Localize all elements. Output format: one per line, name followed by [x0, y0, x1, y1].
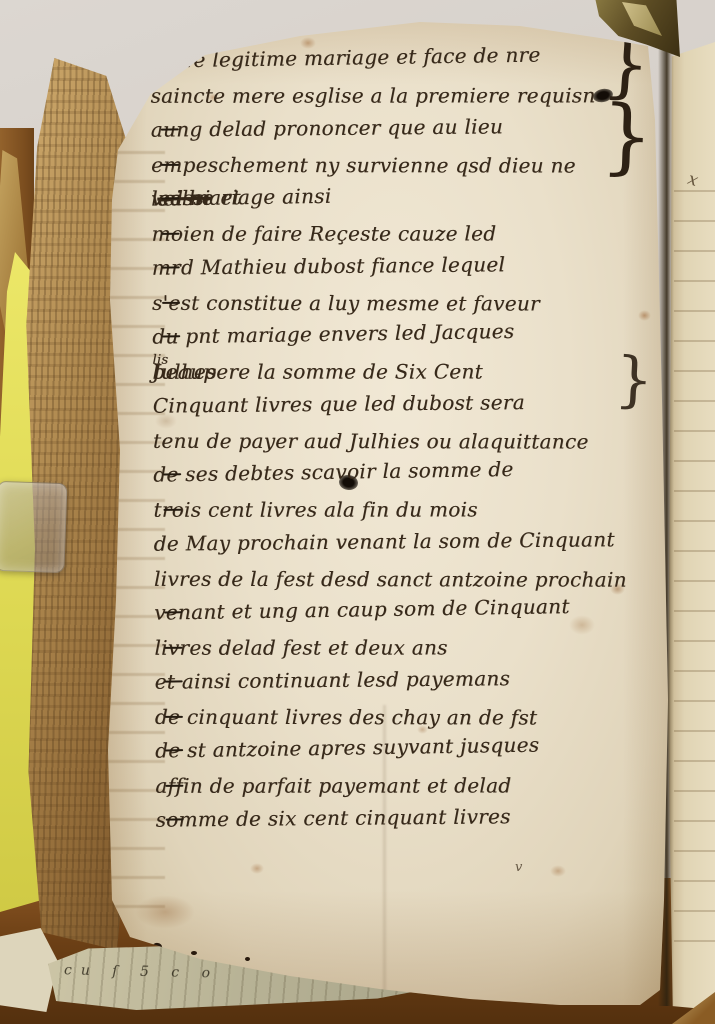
manuscript-photo: cu ſ 5 c o x } } } de legitime mariage e…	[0, 0, 715, 1024]
line-filler-rule	[162, 301, 180, 303]
main-page: } } } de legitime mariage et face de nre…	[95, 15, 675, 1010]
next-page-bleedthrough	[674, 162, 715, 942]
manuscript-line: de ses debtes scavoir la somme de	[143, 450, 661, 493]
ink-speck	[245, 957, 250, 961]
manuscript-line: de May prochain venant la som de Cinquan…	[144, 522, 662, 561]
manuscript-line: de legitime mariage et face de nre	[140, 36, 658, 79]
line-filler-rule	[164, 646, 182, 648]
manuscript-line: affin de parfait payemant et delad	[145, 768, 663, 803]
manuscript-line: trois cent livres ala fin du mois	[143, 492, 661, 527]
bottom-page-mark: v	[515, 860, 522, 875]
line-filler-rule	[163, 508, 181, 510]
manuscript-line: Julheslisbeaupere la somme de Six Cent	[143, 354, 661, 389]
stain	[550, 865, 566, 877]
line-filler-rule	[165, 715, 183, 717]
line-filler-rule	[165, 784, 183, 786]
next-page: x	[668, 42, 715, 1010]
scrap-letter-fragments: cu ſ 5 c o	[64, 962, 219, 981]
manuscript-line: venant et ung an caup som de Cinquant	[144, 588, 662, 631]
manuscript-line: mrd Mathieu dubost fiance lequel	[142, 246, 660, 285]
manuscript-line: du pnt mariage envers led Jacques	[142, 312, 660, 355]
manuscript-line: livres delad fest et deux ans	[144, 630, 662, 665]
manuscript-line: et ainsi continuant lesd payemans	[145, 660, 663, 699]
manuscript-line: veilhe etaussiled mariage ainsi	[141, 174, 659, 217]
manuscript-text: de legitime mariage et face de nre sainc…	[140, 40, 664, 837]
manuscript-line: aung delad prononcer que au lieu	[141, 108, 659, 147]
manuscript-line: moien de faire Reçeste cauze led	[142, 216, 660, 251]
line-filler-rule	[161, 163, 179, 165]
stain	[250, 863, 264, 874]
manuscript-line: saincte mere esglise a la premiere requi…	[141, 78, 659, 113]
manuscript-line: Cinquant livres que led dubost sera	[143, 384, 661, 423]
ink-speck	[191, 951, 197, 955]
manuscript-line: de st antzoine apres suyvant jusques	[145, 726, 663, 769]
plastic-tab	[0, 481, 68, 573]
line-filler-rule	[162, 232, 180, 234]
manuscript-line: somme de six cent cinquant livres	[145, 798, 663, 837]
